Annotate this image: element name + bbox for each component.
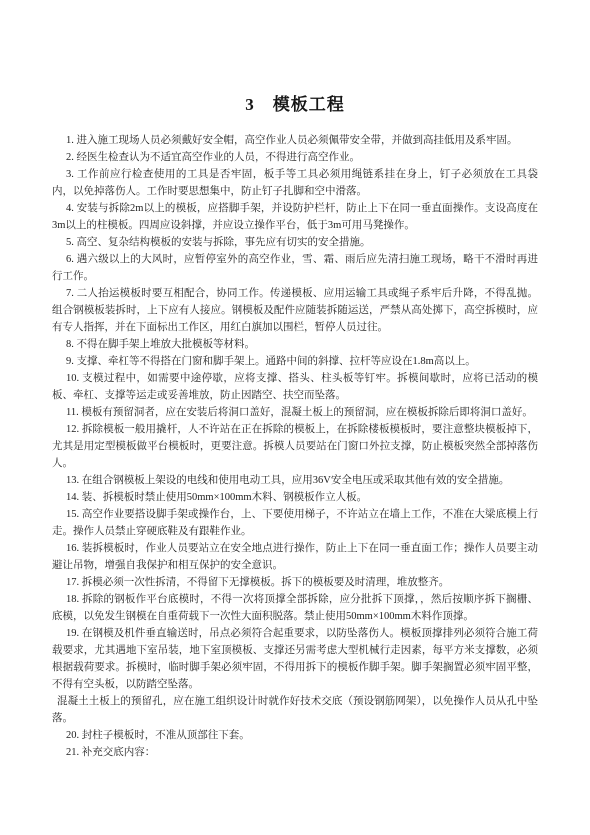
rule-paragraph: 7. 二人抬运模板时要互相配合，协同工作。传递模板、应用运输工具或绳子系牢后升降… xyxy=(52,285,538,336)
rule-paragraph: 3. 工作前应行检查使用的工具是否牢固，板手等工具必须用绳链系挂在身上，钉子必须… xyxy=(52,166,538,200)
rule-paragraph: 18. 拆除的钢板作平台底模时，不得一次将顶撑全部拆除，应分批拆下顶撑，，然后按… xyxy=(52,591,538,625)
rule-paragraph: 10. 支模过程中，如需要中途停歇，应将支撑、搭头、柱头板等钉牢。拆模间歇时，应… xyxy=(52,370,538,404)
rule-paragraph: 11. 模板有预留洞者，应在安装后将洞口盖好，混凝土板上的预留洞，应在模板拆除后… xyxy=(52,404,538,421)
rule-paragraph: 16. 装拆模板时，作业人员要站立在安全地点进行操作，防止上下在同一垂直面工作；… xyxy=(52,540,538,574)
note-paragraph: 混凝土土板上的预留孔，应在施工组织设计时就作好技术交底（预设钢筋网架），以免操作… xyxy=(52,693,538,727)
rule-paragraph: 4. 安装与拆除2m以上的模板，应搭脚手架，并设防护栏杆，防止上下在同一垂直面操… xyxy=(52,200,538,234)
rule-paragraph: 15. 高空作业要搭设脚手架或操作台，上、下要使用梯子，不许站立在墙上工作，不准… xyxy=(52,506,538,540)
document-page: 3 模板工程 1. 进入施工现场人员必须戴好安全帽，高空作业人员必须佩带安全带，… xyxy=(0,0,590,835)
rule-paragraph: 1. 进入施工现场人员必须戴好安全帽，高空作业人员必须佩带安全带，并做到高挂低用… xyxy=(52,132,538,149)
rule-paragraph: 12. 拆除模板一般用撬杆，人不许站在正在拆除的模板上，在拆除楼板模板时，要注意… xyxy=(52,421,538,472)
paragraph-list: 1. 进入施工现场人员必须戴好安全帽，高空作业人员必须佩带安全带，并做到高挂低用… xyxy=(52,132,538,761)
rule-paragraph: 5. 高空、复杂结构模板的安装与拆除，事先应有切实的安全措施。 xyxy=(52,234,538,251)
rule-paragraph: 14. 装、拆模板时禁止使用50mm×100mm木料、钢模板作立人板。 xyxy=(52,489,538,506)
rule-paragraph: 19. 在钢模及机件垂直输送时，吊点必须符合起重要求，以防坠落伤人。模板顶撑排列… xyxy=(52,625,538,693)
rule-paragraph: 20. 封柱子模板时，不准从顶部往下套。 xyxy=(52,727,538,744)
rule-paragraph: 9. 支撑、牵杠等不得搭在门窗和脚手架上。通路中间的斜撑、拉杆等应设在1.8m高… xyxy=(52,353,538,370)
rule-paragraph: 21. 补充交底内容： xyxy=(52,744,538,761)
rule-paragraph: 6. 遇六级以上的大风时，应暂停室外的高空作业，雪、霜、雨后应先清扫施工现场，略… xyxy=(52,251,538,285)
rule-paragraph: 2. 经医生检查认为不适宜高空作业的人员，不得进行高空作业。 xyxy=(52,149,538,166)
rule-paragraph: 8. 不得在脚手架上堆放大批模板等材料。 xyxy=(52,336,538,353)
page-title: 3 模板工程 xyxy=(0,0,590,115)
rule-paragraph: 17. 拆模必须一次性拆清，不得留下无撑模板。拆下的模板要及时清理，堆放整齐。 xyxy=(52,574,538,591)
rule-paragraph: 13. 在组合钢模板上架设的电线和使用电动工具，应用36V安全电压或采取其他有效… xyxy=(52,472,538,489)
